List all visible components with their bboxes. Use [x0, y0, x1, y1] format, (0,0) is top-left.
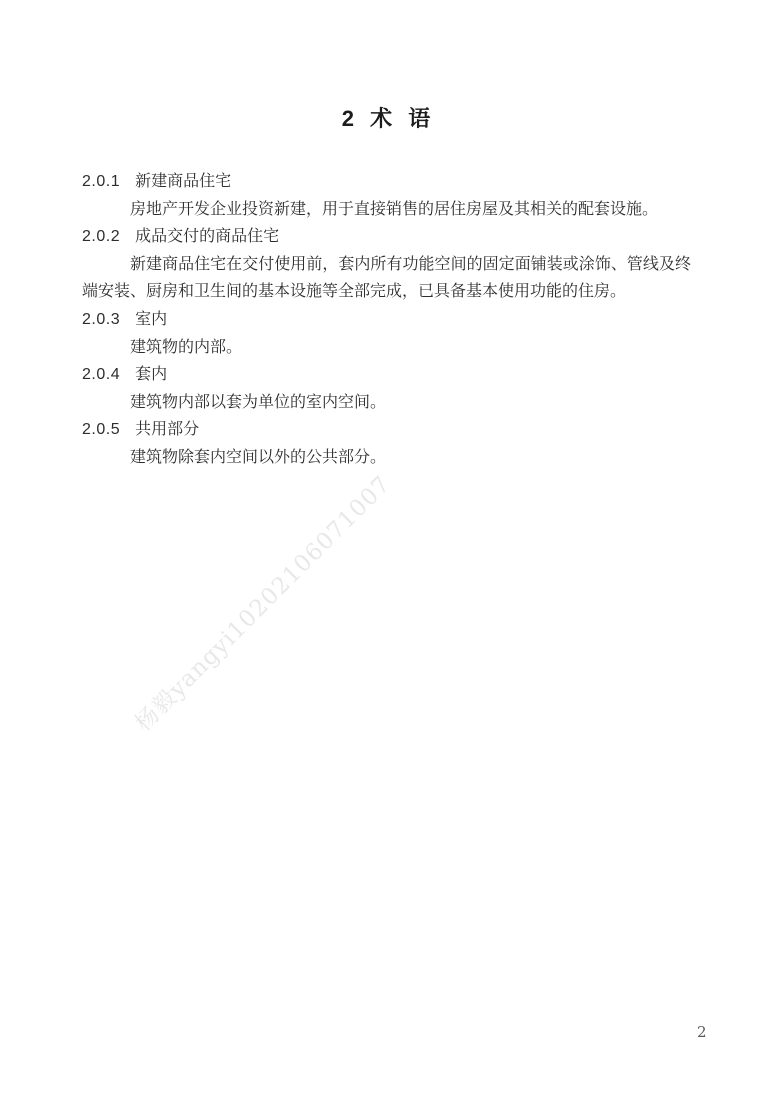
term-heading: 2.0.5共用部分: [82, 416, 691, 444]
page-title: 2 术 语: [0, 0, 777, 133]
term-title: 成品交付的商品住宅: [135, 228, 279, 245]
term-heading: 2.0.4套内: [82, 361, 691, 389]
term-title: 新建商品住宅: [135, 173, 231, 190]
term-heading: 2.0.1新建商品住宅: [82, 168, 691, 196]
document-page: 2 术 语 2.0.1新建商品住宅 房地产开发企业投资新建，用于直接销售的居住房…: [0, 0, 777, 1107]
term-title: 室内: [135, 311, 167, 328]
term-title: 共用部分: [135, 421, 199, 438]
term-number: 2.0.4: [82, 361, 120, 389]
term-definition: 建筑物的内部。: [82, 334, 691, 362]
term-title: 套内: [135, 366, 167, 383]
term-definition: 建筑物除套内空间以外的公共部分。: [82, 444, 691, 472]
term-number: 2.0.3: [82, 306, 120, 334]
term-section: 2.0.5共用部分 建筑物除套内空间以外的公共部分。: [82, 416, 691, 471]
term-definition: 房地产开发企业投资新建，用于直接销售的居住房屋及其相关的配套设施。: [82, 196, 691, 224]
term-section: 2.0.4套内 建筑物内部以套为单位的室内空间。: [82, 361, 691, 416]
term-definition: 建筑物内部以套为单位的室内空间。: [82, 389, 691, 417]
term-section: 2.0.1新建商品住宅 房地产开发企业投资新建，用于直接销售的居住房屋及其相关的…: [82, 168, 691, 223]
term-number: 2.0.2: [82, 223, 120, 251]
diagonal-watermark: 杨毅yangyi10202106071007: [126, 474, 390, 738]
terms-list: 2.0.1新建商品住宅 房地产开发企业投资新建，用于直接销售的居住房屋及其相关的…: [82, 168, 691, 472]
term-number: 2.0.5: [82, 416, 120, 444]
term-section: 2.0.2成品交付的商品住宅 新建商品住宅在交付使用前，套内所有功能空间的固定面…: [82, 223, 691, 306]
term-heading: 2.0.2成品交付的商品住宅: [82, 223, 691, 251]
term-number: 2.0.1: [82, 168, 120, 196]
term-heading: 2.0.3室内: [82, 306, 691, 334]
term-section: 2.0.3室内 建筑物的内部。: [82, 306, 691, 361]
term-definition: 新建商品住宅在交付使用前，套内所有功能空间的固定面铺装或涂饰、管线及终端安装、厨…: [82, 251, 691, 306]
page-number: 2: [697, 1023, 707, 1041]
